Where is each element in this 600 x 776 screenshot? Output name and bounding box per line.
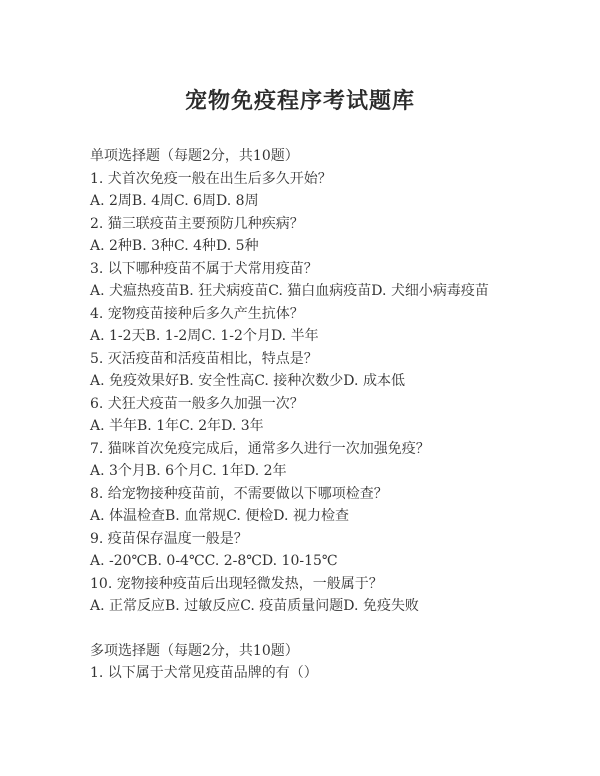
options-line: A. 正常反应B. 过敏反应C. 疫苗质量问题D. 免疫失败 <box>90 595 560 618</box>
options-line: A. 体温检查B. 血常规C. 便检D. 视力检查 <box>90 505 560 528</box>
question-text: 9. 疫苗保存温度一般是？ <box>90 528 560 551</box>
options-line: A. -20℃B. 0-4℃C. 2-8℃D. 10-15℃ <box>90 550 560 573</box>
question-text: 10. 宠物接种疫苗后出现轻微发热，一般属于？ <box>90 573 560 596</box>
options-line: A. 2周B. 4周C. 6周D. 8周 <box>90 190 560 213</box>
options-line: A. 2种B. 3种C. 4种D. 5种 <box>90 235 560 258</box>
question-text: 2. 猫三联疫苗主要预防几种疾病？ <box>90 213 560 236</box>
section-heading: 多项选择题（每题2分，共10题） <box>90 640 560 663</box>
options-line: A. 犬瘟热疫苗B. 狂犬病疫苗C. 猫白血病疫苗D. 犬细小病毒疫苗 <box>90 280 560 303</box>
question-text: 1. 以下属于犬常见疫苗品牌的有（） <box>90 662 560 685</box>
page-title: 宠物免疫程序考试题库 <box>0 88 600 114</box>
question-text: 7. 猫咪首次免疫完成后，通常多久进行一次加强免疫？ <box>90 438 560 461</box>
section-heading: 单项选择题（每题2分，共10题） <box>90 145 560 168</box>
options-line: A. 半年B. 1年C. 2年D. 3年 <box>90 415 560 438</box>
options-line: A. 1-2天B. 1-2周C. 1-2个月D. 半年 <box>90 325 560 348</box>
options-line: A. 3个月B. 6个月C. 1年D. 2年 <box>90 460 560 483</box>
document-body: 单项选择题（每题2分，共10题） 1. 犬首次免疫一般在出生后多久开始？ A. … <box>0 145 600 685</box>
question-text: 6. 犬狂犬疫苗一般多久加强一次？ <box>90 393 560 416</box>
question-text: 1. 犬首次免疫一般在出生后多久开始？ <box>90 168 560 191</box>
options-line: A. 免疫效果好B. 安全性高C. 接种次数少D. 成本低 <box>90 370 560 393</box>
question-text: 8. 给宠物接种疫苗前，不需要做以下哪项检查？ <box>90 483 560 506</box>
question-text: 5. 灭活疫苗和活疫苗相比，特点是？ <box>90 348 560 371</box>
question-text: 4. 宠物疫苗接种后多久产生抗体？ <box>90 303 560 326</box>
document-page: 宠物免疫程序考试题库 单项选择题（每题2分，共10题） 1. 犬首次免疫一般在出… <box>0 0 600 776</box>
question-text: 3. 以下哪种疫苗不属于犬常用疫苗？ <box>90 258 560 281</box>
